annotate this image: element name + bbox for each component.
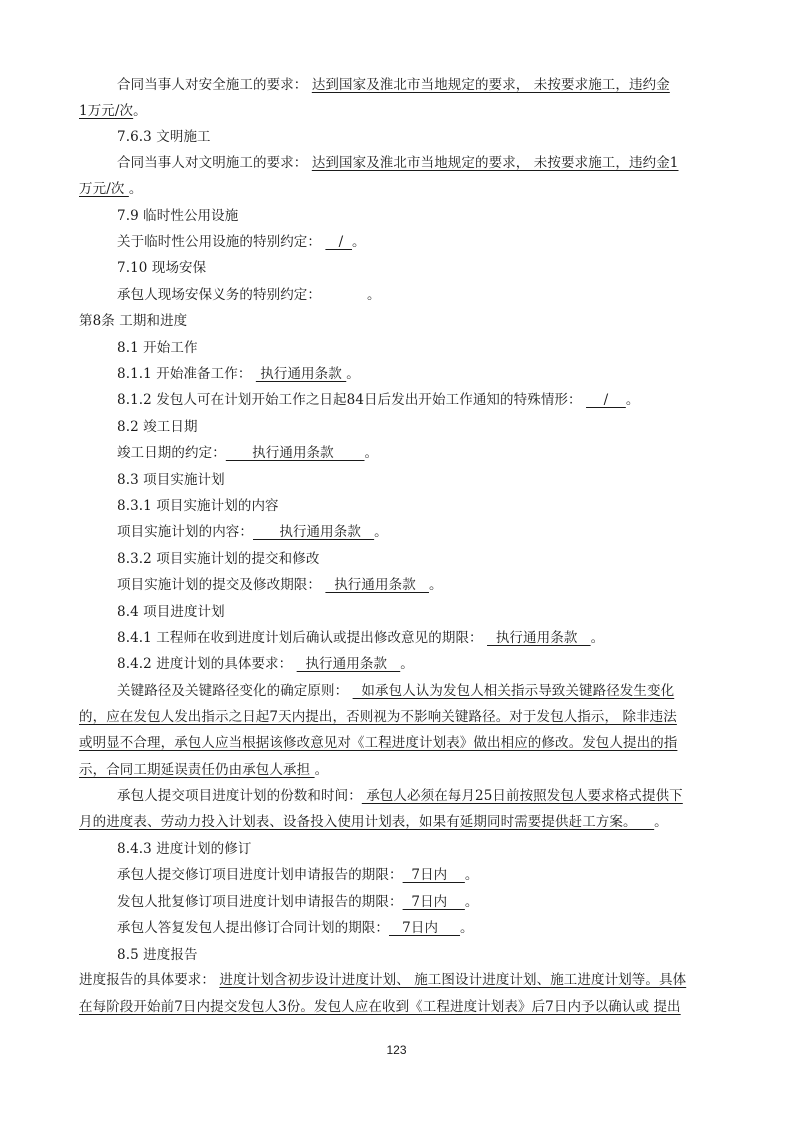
label: 项目实施计划的提交及修改期限： <box>117 577 321 593</box>
site-security-agreement: 承包人现场安保义务的特别约定：。 <box>117 285 757 305</box>
section-heading-8-4-3: 8.4.3 进度计划的修订 <box>117 839 757 859</box>
critical-path-principle: 关键路径及关键路径变化的确定原则： 如承包人认为发包人相关指示导致关键路径发生变… <box>117 681 757 701</box>
underlined-value: 7日内 <box>403 867 465 883</box>
underlined-value: 如承包人认为发包人相关指示导致关键路径发生变化 <box>353 683 675 699</box>
period: 。 <box>400 656 414 672</box>
period: 。 <box>129 181 143 197</box>
section-heading-8-2: 8.2 竣工日期 <box>117 417 757 437</box>
section-heading-8-1: 8.1 开始工作 <box>117 338 757 358</box>
underlined-value: 示，合同工期延误责任仍由承包人承担 <box>79 762 315 778</box>
period: 。 <box>591 630 605 646</box>
contractor-revision-deadline: 承包人提交修订项目进度计划申请报告的期限： 7日内 。 <box>117 865 757 885</box>
civilized-construction-requirement-cont: 万元/次 。 <box>79 179 719 199</box>
label: 承包人提交修订项目进度计划申请报告的期限： <box>117 867 403 883</box>
page-number: 123 <box>0 1043 793 1057</box>
label: 合同当事人对安全施工的要求： <box>117 77 307 93</box>
document-page: 合同当事人对安全施工的要求： 达到国家及淮北市当地规定的要求， 未按要求施工，违… <box>0 0 793 1122</box>
label: 承包人提交项目进度计划的份数和时间： <box>117 788 362 804</box>
period: 。 <box>315 762 329 778</box>
section-heading-8-4: 8.4 项目进度计划 <box>117 602 757 622</box>
label: 8.4.1 工程师在收到进度计划后确认或提出修改意见的期限： <box>117 630 483 646</box>
section-heading-8-3-1: 8.3.1 项目实施计划的内容 <box>117 496 757 516</box>
underlined-value: 执行通用条款 <box>226 445 365 461</box>
underlined-value: / <box>325 234 352 250</box>
start-preparation: 8.1.1 开始准备工作： 执行通用条款 。 <box>117 364 757 384</box>
underlined-value: 7日内 <box>389 920 460 936</box>
label: 竣工日期的约定： <box>117 445 226 461</box>
period: 。 <box>460 920 474 936</box>
underlined-value: 的，应在发包人发出指示之日起7天内提出，否则视为不影响关键路径。对于发包人指示，… <box>79 709 677 725</box>
underlined-value: 月的进度表、劳动力投入计划表、设备投入使用计划表，如果有延期同时需要提供赶工方案… <box>79 814 654 830</box>
implementation-plan-content: 项目实施计划的内容： 执行通用条款 。 <box>117 522 757 542</box>
underlined-value: 进度计划含初步设计进度计划、 施工图设计进度计划、施工进度计划等。具体 <box>219 972 686 988</box>
underlined-value: 执行通用条款 <box>487 630 591 646</box>
label: 8.1.1 开始准备工作： <box>117 366 251 382</box>
section-heading-8-5: 8.5 进度报告 <box>117 945 757 965</box>
label: 8.1.2 发包人可在计划开始工作之日起84日后发出开始工作通知的特殊情形： <box>117 392 582 408</box>
period: 。 <box>367 287 381 303</box>
section-heading-7-9: 7.9 临时性公用设施 <box>117 206 757 226</box>
label: 8.4.2 进度计划的具体要求： <box>117 656 292 672</box>
section-heading-8-3: 8.3 项目实施计划 <box>117 470 757 490</box>
underlined-value: / <box>586 392 626 408</box>
underlined-value: 达到国家及淮北市当地规定的要求， 未按要求施工，违约金 <box>312 77 670 93</box>
engineer-confirmation-deadline: 8.4.1 工程师在收到进度计划后确认或提出修改意见的期限： 执行通用条款 。 <box>117 628 757 648</box>
employer-approval-deadline: 发包人批复修订项目进度计划申请报告的期限： 7日内 。 <box>117 892 757 912</box>
period: 。 <box>133 103 147 119</box>
underlined-value: 执行通用条款 <box>253 524 374 540</box>
underlined-value: 或明显不合理，承包人应当根据该修改意见对《工程进度计划表》做出相应的修改。发包人… <box>79 735 677 751</box>
label: 合同当事人对文明施工的要求： <box>117 155 307 171</box>
period: 。 <box>352 234 366 250</box>
period: 。 <box>429 577 443 593</box>
label: 发包人批复修订项目进度计划申请报告的期限： <box>117 894 403 910</box>
period: 。 <box>654 814 668 830</box>
safety-construction-requirement-cont: 1万元/次。 <box>79 101 719 121</box>
label: 进度报告的具体要求： <box>79 972 215 988</box>
completion-date-agreement: 竣工日期的约定： 执行通用条款 。 <box>117 443 757 463</box>
critical-path-principle-cont-2: 或明显不合理，承包人应当根据该修改意见对《工程进度计划表》做出相应的修改。发包人… <box>79 733 719 753</box>
label: 项目实施计划的内容： <box>117 524 253 540</box>
period: 。 <box>365 445 379 461</box>
section-heading-7-10: 7.10 现场安保 <box>117 258 757 278</box>
progress-report-requirements: 进度报告的具体要求： 进度计划含初步设计进度计划、 施工图设计进度计划、施工进度… <box>79 970 719 990</box>
critical-path-principle-cont-1: 的，应在发包人发出指示之日起7天内提出，否则视为不影响关键路径。对于发包人指示，… <box>79 707 719 727</box>
schedule-submission-copies-time-cont: 月的进度表、劳动力投入计划表、设备投入使用计划表，如果有延期同时需要提供赶工方案… <box>79 812 719 832</box>
civilized-construction-requirement: 合同当事人对文明施工的要求： 达到国家及淮北市当地规定的要求， 未按要求施工，违… <box>117 153 757 173</box>
contractor-reply-deadline: 承包人答复发包人提出修订合同计划的期限： 7日内 。 <box>117 918 757 938</box>
label: 承包人答复发包人提出修订合同计划的期限： <box>117 920 389 936</box>
underlined-value: 执行通用条款 <box>325 577 429 593</box>
underlined-value: 达到国家及淮北市当地规定的要求， 未按要求施工，违约金1 <box>312 155 679 171</box>
start-notice-special-cases: 8.1.2 发包人可在计划开始工作之日起84日后发出开始工作通知的特殊情形： /… <box>117 390 757 410</box>
implementation-plan-deadline: 项目实施计划的提交及修改期限： 执行通用条款 。 <box>117 575 757 595</box>
section-heading-8-3-2: 8.3.2 项目实施计划的提交和修改 <box>117 549 757 569</box>
section-heading-7-6-3: 7.6.3 文明施工 <box>117 127 757 147</box>
safety-construction-requirement: 合同当事人对安全施工的要求： 达到国家及淮北市当地规定的要求， 未按要求施工，违… <box>117 75 757 95</box>
period: 。 <box>465 867 479 883</box>
temporary-facilities-agreement: 关于临时性公用设施的特别约定： / 。 <box>117 232 757 252</box>
period: 。 <box>626 392 640 408</box>
schedule-submission-copies-time: 承包人提交项目进度计划的份数和时间： 承包人必须在每月25日前按照发包人要求格式… <box>117 786 757 806</box>
underlined-value: 7日内 <box>403 894 465 910</box>
schedule-requirements: 8.4.2 进度计划的具体要求： 执行通用条款 。 <box>117 654 757 674</box>
underlined-value: 执行通用条款 <box>256 366 346 382</box>
label: 承包人现场安保义务的特别约定： <box>117 287 321 303</box>
period: 。 <box>346 366 360 382</box>
underlined-value: 执行通用条款 <box>297 656 401 672</box>
underlined-value: 万元/次 <box>79 181 129 197</box>
progress-report-requirements-cont: 在每阶段开始前7日内提交发包人3份。发包人应在收到《工程进度计划表》后7日内予以… <box>79 997 719 1017</box>
article-heading-8: 第8条 工期和进度 <box>79 311 719 331</box>
underlined-value: 承包人必须在每月25日前按照发包人要求格式提供下 <box>362 788 683 804</box>
period: 。 <box>374 524 388 540</box>
critical-path-principle-cont-3: 示，合同工期延误责任仍由承包人承担 。 <box>79 760 719 780</box>
label: 关键路径及关键路径变化的确定原则： <box>117 683 348 699</box>
label: 关于临时性公用设施的特别约定： <box>117 234 321 250</box>
underlined-value: 在每阶段开始前7日内提交发包人3份。发包人应在收到《工程进度计划表》后7日内予以… <box>79 999 681 1015</box>
underlined-value: 1万元/次 <box>79 103 133 119</box>
period: 。 <box>465 894 479 910</box>
